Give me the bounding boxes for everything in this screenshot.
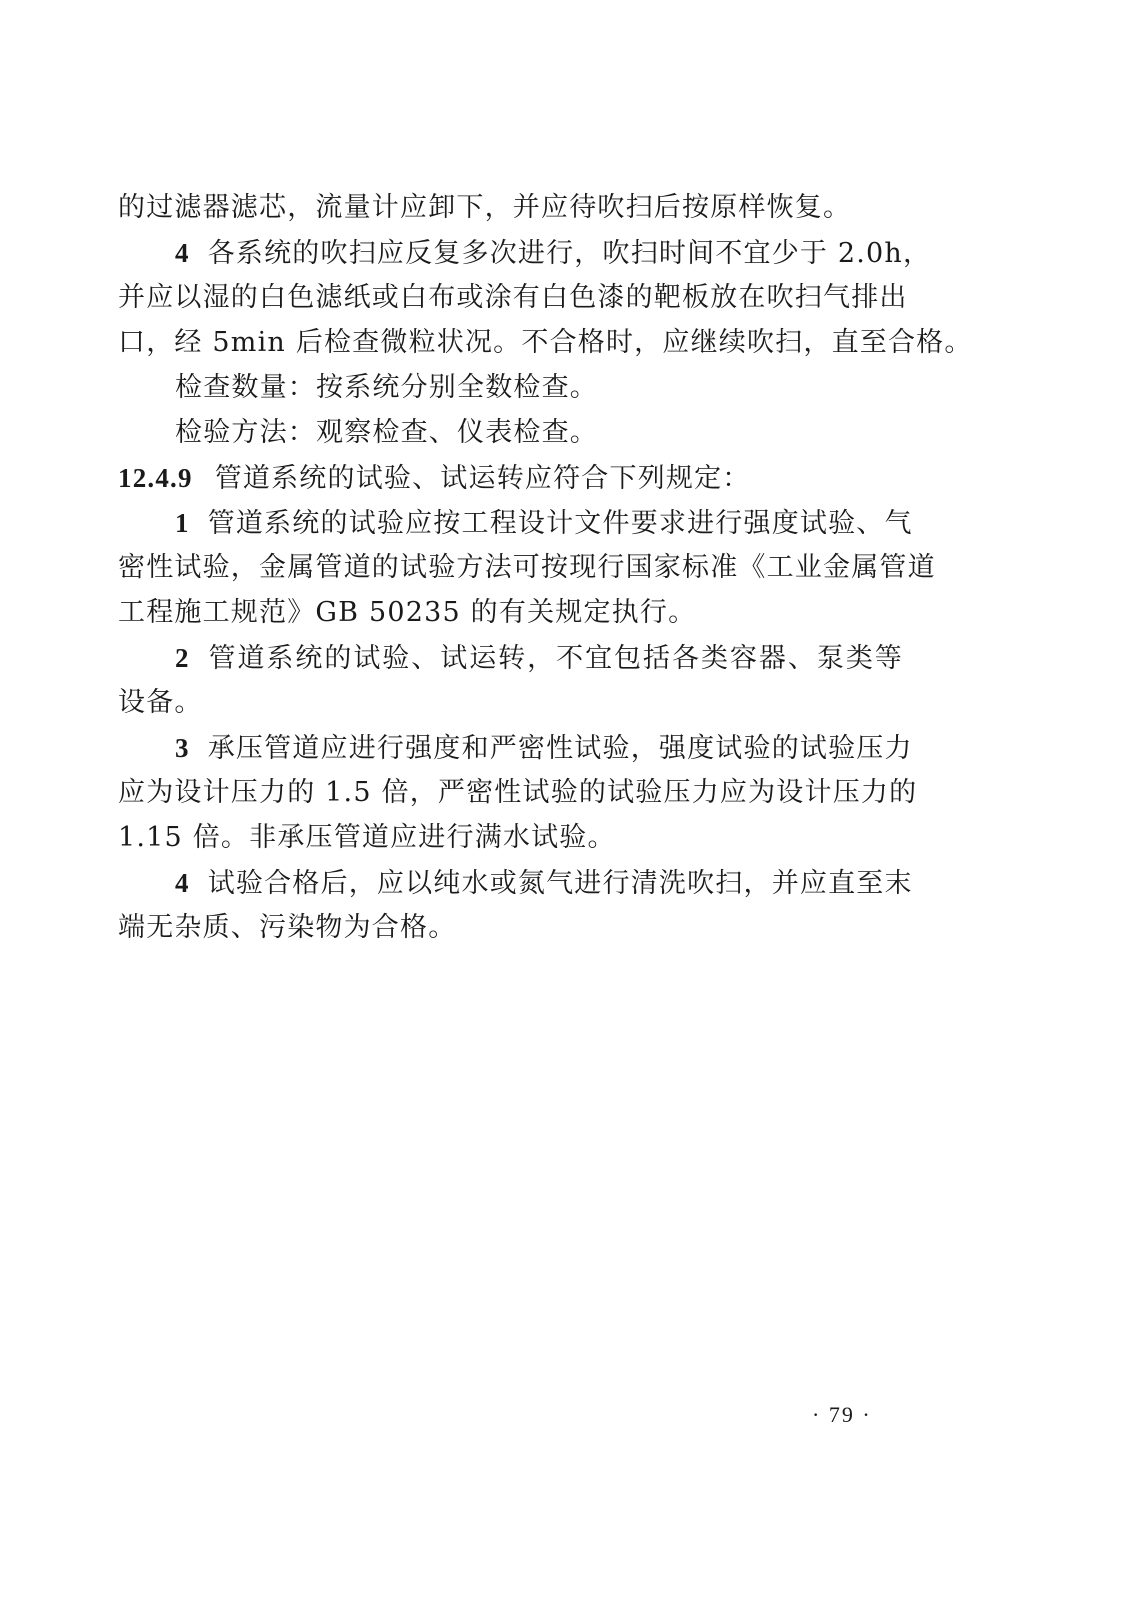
section-heading: 12.4.9管道系统的试验、试运转应符合下列规定：: [118, 458, 903, 499]
inspection-quantity: 检查数量：按系统分别全数检查。: [175, 368, 903, 408]
item-number: 2: [175, 643, 190, 673]
item-number: 3: [175, 733, 190, 763]
paragraph-line: 工程施工规范》GB 50235 的有关规定执行。: [118, 593, 903, 633]
list-item-1-line-1: 1管道系统的试验应按工程设计文件要求进行强度试验、气: [175, 503, 903, 544]
paragraph-line: 的过滤器滤芯，流量计应卸下，并应待吹扫后按原样恢复。: [118, 188, 903, 228]
paragraph-line: 应为设计压力的 1.5 倍，严密性试验的试验压力应为设计压力的: [118, 773, 903, 813]
inspection-method: 检验方法：观察检查、仪表检查。: [175, 413, 903, 453]
list-item-4-line-1: 4各系统的吹扫应反复多次进行，吹扫时间不宜少于 2.0h，: [175, 233, 903, 274]
list-item-4b-line-1: 4试验合格后，应以纯水或氮气进行清洗吹扫，并应直至末: [175, 863, 903, 904]
paragraph-line: 端无杂质、污染物为合格。: [118, 908, 903, 948]
paragraph-line: 密性试验，金属管道的试验方法可按现行国家标准《工业金属管道: [118, 548, 903, 588]
paragraph-line: 口，经 5min 后检查微粒状况。不合格时，应继续吹扫，直至合格。: [118, 323, 903, 363]
list-item-2-line-1: 2管道系统的试验、试运转，不宜包括各类容器、泵类等: [175, 638, 903, 679]
item-number: 4: [175, 868, 190, 898]
item-text: 管道系统的试验应按工程设计文件要求进行强度试验、气: [208, 508, 913, 539]
item-number: 1: [175, 508, 190, 538]
paragraph-line: 1.15 倍。非承压管道应进行满水试验。: [118, 818, 903, 858]
paragraph-line: 设备。: [118, 683, 903, 723]
page-number: · 79 ·: [812, 1402, 872, 1428]
item-text: 试验合格后，应以纯水或氮气进行清洗吹扫，并应直至末: [208, 868, 913, 899]
item-number: 4: [175, 238, 190, 268]
item-text: 各系统的吹扫应反复多次进行，吹扫时间不宜少于 2.0h，: [208, 238, 932, 269]
item-text: 承压管道应进行强度和严密性试验，强度试验的试验压力: [208, 733, 913, 764]
item-text: 管道系统的试验、试运转，不宜包括各类容器、泵类等: [208, 643, 903, 674]
list-item-3-line-1: 3承压管道应进行强度和严密性试验，强度试验的试验压力: [175, 728, 903, 769]
paragraph-line: 并应以湿的白色滤纸或白布或涂有白色漆的靶板放在吹扫气排出: [118, 278, 903, 318]
section-number: 12.4.9: [118, 463, 193, 493]
section-title: 管道系统的试验、试运转应符合下列规定：: [215, 463, 751, 494]
